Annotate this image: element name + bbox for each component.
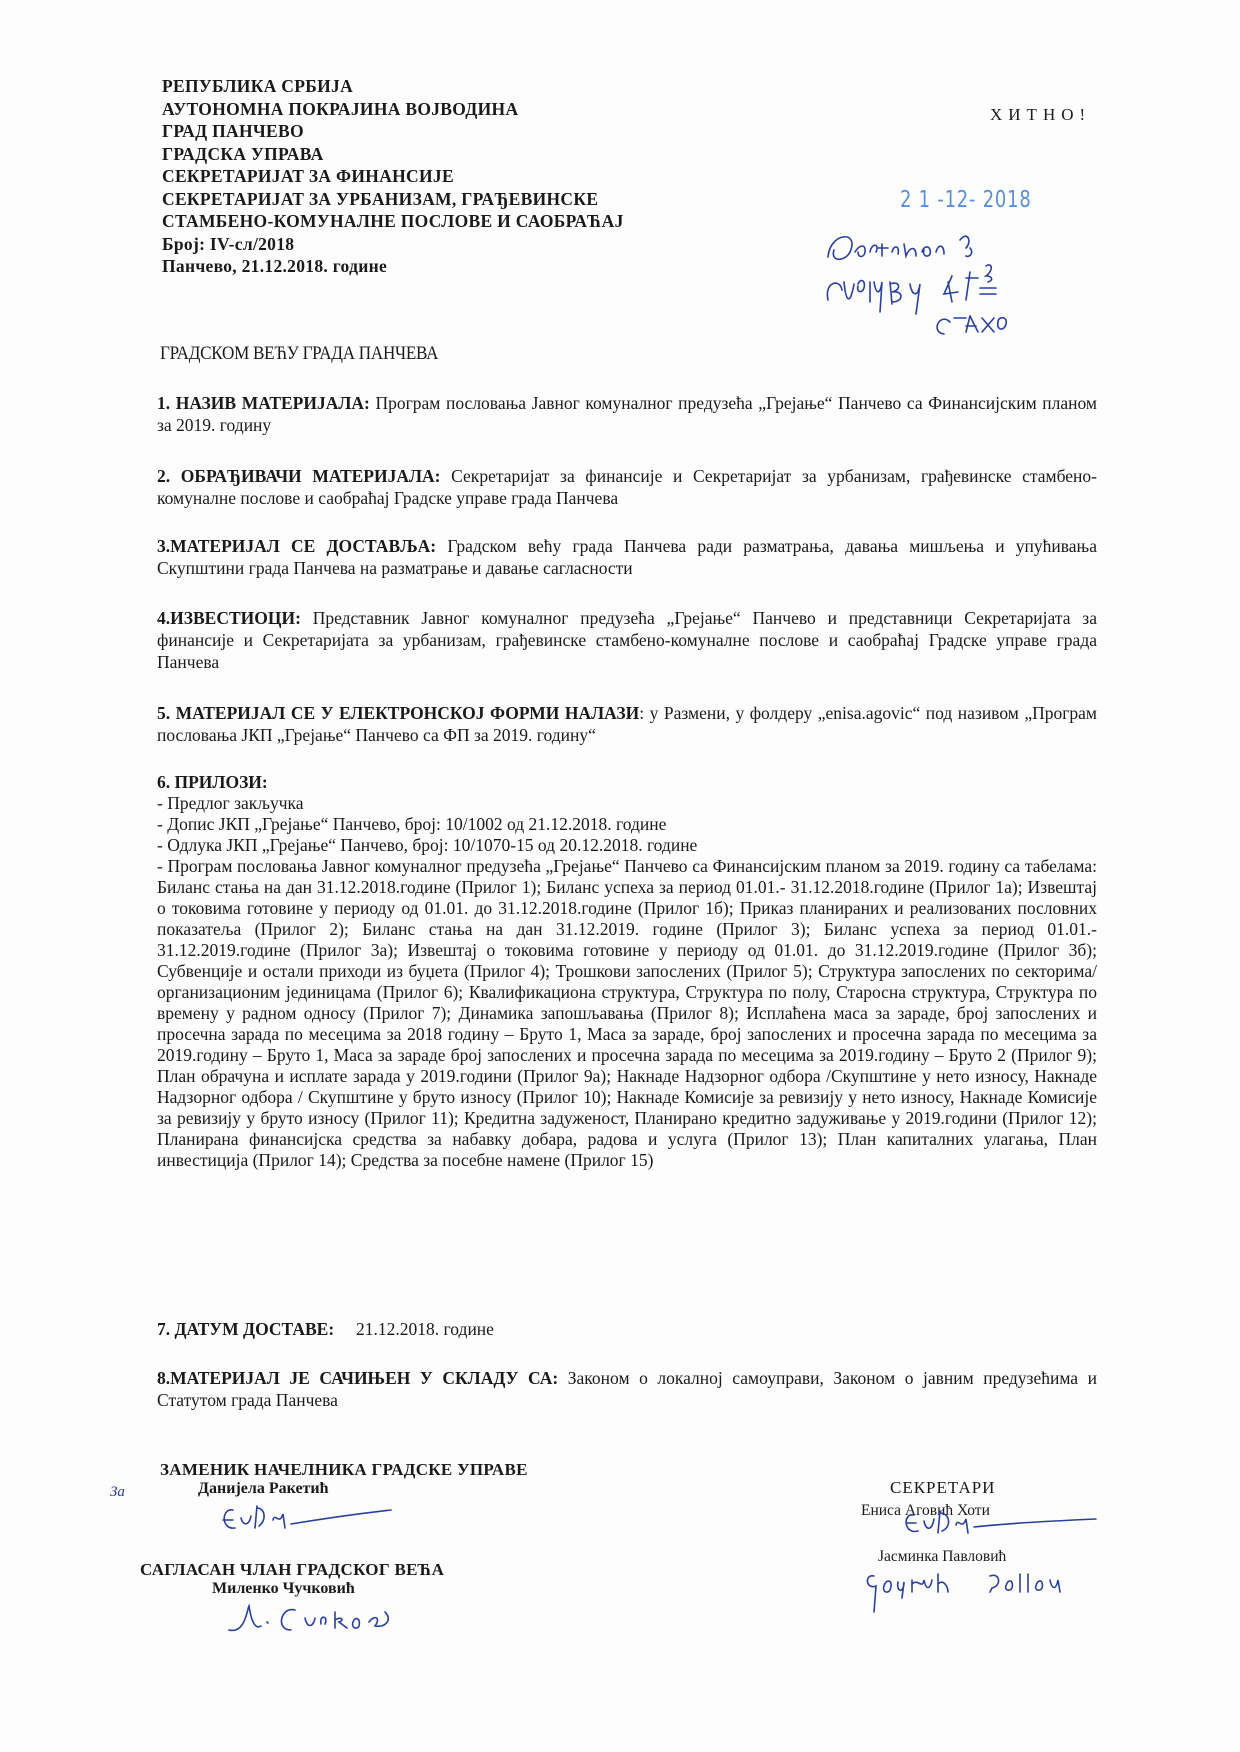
signatory-name: Данијела Ракетић — [198, 1480, 528, 1498]
place-date: Панчево, 21.12.2018. године — [162, 255, 624, 278]
signatory-name: Миленко Чучковић — [212, 1580, 444, 1598]
section-label: 6. ПРИЛОЗИ: — [157, 772, 1097, 793]
section-text: 21.12.2018. године — [334, 1319, 494, 1339]
signatory-role: САГЛАСАН ЧЛАН ГРАДСКОГ ВЕЋА — [140, 1560, 444, 1580]
signature-block-deputy: ЗАМЕНИК НАЧЕЛНИКА ГРАДСКЕ УПРАВЕ Данијел… — [160, 1460, 528, 1498]
section-legal-basis: 8.МАТЕРИЈАЛ ЈЕ САЧИЊЕН У СКЛАДУ СА: Зако… — [157, 1367, 1097, 1411]
attachment-item: - Допис ЈКП „Грејање“ Панчево, број: 10/… — [157, 814, 1097, 835]
header-line: АУТОНОМНА ПОКРАЈИНА ВОЈВОДИНА — [162, 98, 624, 121]
section-label: 7. ДАТУМ ДОСТАВЕ: — [157, 1319, 334, 1339]
signature-secretary-1-scribble — [900, 1505, 1100, 1541]
header-line: ГРАД ПАНЧЕВО — [162, 120, 624, 143]
attachment-program-item: - Програм пословања Јавног комуналног пр… — [157, 856, 1097, 1171]
addressee: ГРАДСКОМ ВЕЋУ ГРАДА ПАНЧЕВА — [160, 343, 438, 365]
header-line: СЕКРЕТАРИЈАТ ЗА ФИНАНСИЈЕ — [162, 165, 624, 188]
section-label: 3.МАТЕРИЈАЛ СЕ ДОСТАВЉА: — [157, 536, 436, 556]
header-line: ГРАДСКА УПРАВА — [162, 143, 624, 166]
signatory-role: ЗАМЕНИК НАЧЕЛНИКА ГРАДСКЕ УПРАВЕ — [160, 1460, 528, 1480]
section-material-name: 1. НАЗИВ МАТЕРИЈАЛА: Програм пословања Ј… — [157, 392, 1097, 436]
section-label: 8.МАТЕРИЈАЛ ЈЕ САЧИЊЕН У СКЛАДУ СА: — [157, 1368, 558, 1388]
header-line: РЕПУБЛИКА СРБИЈА — [162, 75, 624, 98]
signatory-name-second: Јасминка Павловић — [878, 1548, 1006, 1566]
section-rapporteurs: 4.ИЗВЕСТИОЦИ: Представник Јавног комунал… — [157, 607, 1097, 673]
attachment-item: - Одлука ЈКП „Грејање“ Панчево, број: 10… — [157, 835, 1097, 856]
section-material-authors: 2. ОБРАЂИВАЧИ МАТЕРИЈАЛА: Секретаријат з… — [157, 465, 1097, 509]
signatory-role: СЕКРЕТАРИ — [890, 1478, 995, 1498]
section-label: 5. МАТЕРИЈАЛ СЕ У ЕЛЕКТРОНСКОЈ ФОРМИ НАЛ… — [157, 703, 639, 723]
handwritten-note — [820, 222, 1110, 342]
signature-block-council-member: САГЛАСАН ЧЛАН ГРАДСКОГ ВЕЋА Миленко Чучк… — [140, 1560, 444, 1598]
section-delivery-date: 7. ДАТУМ ДОСТАВЕ: 21.12.2018. године — [157, 1318, 1097, 1340]
received-date-stamp: 2 1 -12- 2018 — [900, 187, 1032, 213]
signature-council-member-scribble — [225, 1600, 425, 1640]
section-delivered-to: 3.МАТЕРИЈАЛ СЕ ДОСТАВЉА: Градском већу г… — [157, 535, 1097, 579]
margin-note: За — [110, 1484, 125, 1501]
section-label: 4.ИЗВЕСТИОЦИ: — [157, 608, 301, 628]
section-label: 1. НАЗИВ МАТЕРИЈАЛА: — [157, 393, 370, 413]
signature-secretary-2-scribble — [860, 1568, 1100, 1616]
attachment-item: - Предлог закључка — [157, 793, 1097, 814]
document-number: Број: IV-сл/2018 — [162, 233, 624, 256]
header-line: СТАМБЕНО-КОМУНАЛНЕ ПОСЛОВЕ И САОБРАЋАЈ — [162, 210, 624, 233]
header-line: СЕКРЕТАРИЈАТ ЗА УРБАНИЗАМ, ГРАЂЕВИНСКЕ — [162, 188, 624, 211]
section-electronic-location: 5. МАТЕРИЈАЛ СЕ У ЕЛЕКТРОНСКОЈ ФОРМИ НАЛ… — [157, 702, 1097, 746]
section-label: 2. ОБРАЂИВАЧИ МАТЕРИЈАЛА: — [157, 466, 441, 486]
signature-deputy-scribble — [215, 1500, 395, 1536]
urgent-label: ХИТНО! — [990, 105, 1091, 125]
issuer-header: РЕПУБЛИКА СРБИЈА АУТОНОМНА ПОКРАЈИНА ВОЈ… — [162, 75, 624, 278]
section-attachments: 6. ПРИЛОЗИ: - Предлог закључка - Допис Ј… — [157, 772, 1097, 1171]
document-page: РЕПУБЛИКА СРБИЈА АУТОНОМНА ПОКРАЈИНА ВОЈ… — [0, 0, 1240, 1752]
signature-block-secretaries: СЕКРЕТАРИ — [890, 1478, 995, 1498]
